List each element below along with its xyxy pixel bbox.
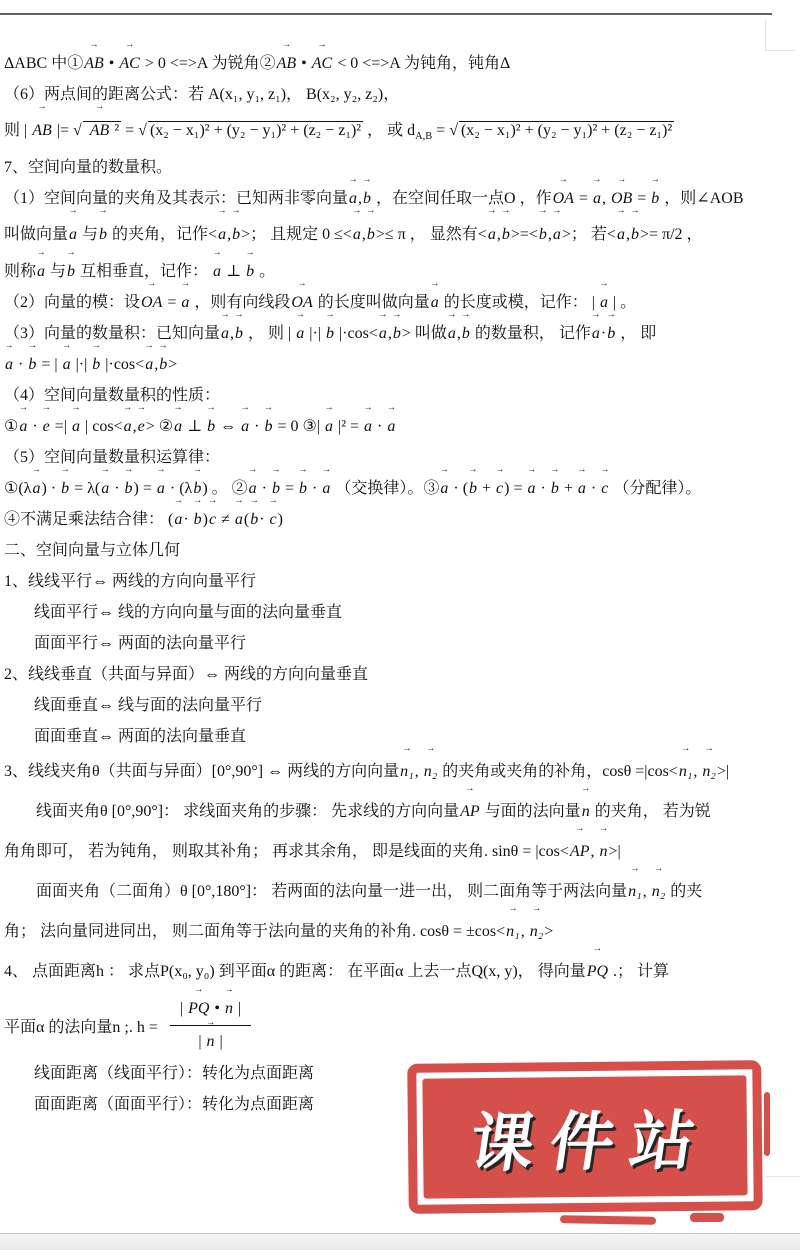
doc-line: a · b = | a |·| b |·cos<a,b> [4,349,800,380]
fraction: | PQ • n | | n | [170,993,251,1058]
doc-formula-point-plane-distance: 平面α 的法向量n ;. h = | PQ • n | | n | [4,992,800,1058]
formula-prefix: 平面α 的法向量n ;. h = [4,1014,158,1037]
doc-line: 则 | AB |= √ AB ² = √(x₂ − x₁)² + (y₂ − y… [4,110,800,152]
doc-line: （1）空间向量的夹角及其表示：已知两非零向量a,b ，在空间任取一点O ，作OA… [4,183,800,214]
doc-line: 1、线线平行⇔ 两线的方向向量平行 [4,566,800,597]
doc-line: 则称a 与b 互相垂直，记作： a ⊥ b 。 [4,256,800,287]
doc-line: 7、空间向量的数量积。 [4,152,800,183]
doc-line: （2）向量的模：设OA = a ，则有向线段OA 的长度叫做向量a 的长度或模，… [4,287,800,318]
document-page: ΔABC 中①AB • AC > 0 <=>A 为锐角②AB • AC < 0 … [0,0,800,1250]
doc-line: 面面平行⇔ 两面的法向量平行 [4,628,800,659]
doc-section-heading: 二、空间向量与立体几何 [4,535,800,566]
stamp-ink-mark [764,1092,770,1156]
doc-line: 线面平行⇔ 线的方向向量与面的法向量垂直 [4,597,800,628]
doc-line: 3、线线夹角θ（共面与异面）[0°,90°] ⇔ 两线的方向向量n₁, n₂ 的… [4,752,800,792]
doc-line: 4、 点面距离h ： 求点P(x₀, y₀) 到平面α 的距离： 在平面α 上去… [4,952,800,992]
doc-line: ΔABC 中①AB • AC > 0 <=>A 为锐角②AB • AC < 0 … [4,48,800,79]
stamp-text: 课件站 [452,1090,718,1185]
doc-line: ①(λa) · b = λ(a · b) = a · (λb) 。 ②a · b… [4,473,800,504]
doc-line: 叫做向量a 与b 的夹角，记作<a,b>； 且规定 0 ≤<a,b>≤ π ， … [4,214,800,256]
doc-line: 面面夹角（二面角）θ [0°,180°]： 若两面的法向量一进一出， 则二面角等… [4,872,800,912]
doc-line: 线面夹角θ [0°,90°]： 求线面夹角的步骤： 先求线的方向向量AP 与面的… [4,792,800,832]
doc-line: （3）向量的数量积：已知向量a,b ， 则 | a |·| b |·cos<a,… [4,318,800,349]
doc-line: 角； 法向量同进同出， 则二面角等于法向量的夹角的补角. cosθ = ±cos… [4,912,800,952]
doc-line: （6）两点间的距离公式：若 A(x₁, y₁, z₁)， B(x₂, y₂, z… [4,79,800,110]
doc-line: 2、线线垂直（共面与异面）⇔ 两线的方向向量垂直 [4,659,800,690]
stamp-ink-mark [690,1213,724,1222]
page-edge-marker [766,1176,800,1177]
stamp-ink-mark [560,1215,656,1225]
stamp-background: 课件站 [422,1075,747,1198]
doc-line: 角角即可， 若为钝角， 则取其补角； 再求其余角， 即是线面的夹角. sinθ … [4,832,800,872]
document-body: ΔABC 中①AB • AC > 0 <=>A 为锐角②AB • AC < 0 … [4,48,800,1120]
fraction-denominator: | n | [188,1026,232,1058]
doc-line: ④不满足乘法结合律： (a· b)c ≠ a(b· c) [4,504,800,535]
page-top-border [0,13,772,15]
page-corner-marker [765,20,794,51]
doc-line: 线面垂直⇔ 线与面的法向量平行 [4,690,800,721]
window-bottom-bar [0,1233,800,1250]
doc-line: ①a · e =| a | cos<a,e> ②a ⊥ b ⇔ a · b = … [4,411,800,442]
stamp-border: 课件站 [407,1060,763,1214]
